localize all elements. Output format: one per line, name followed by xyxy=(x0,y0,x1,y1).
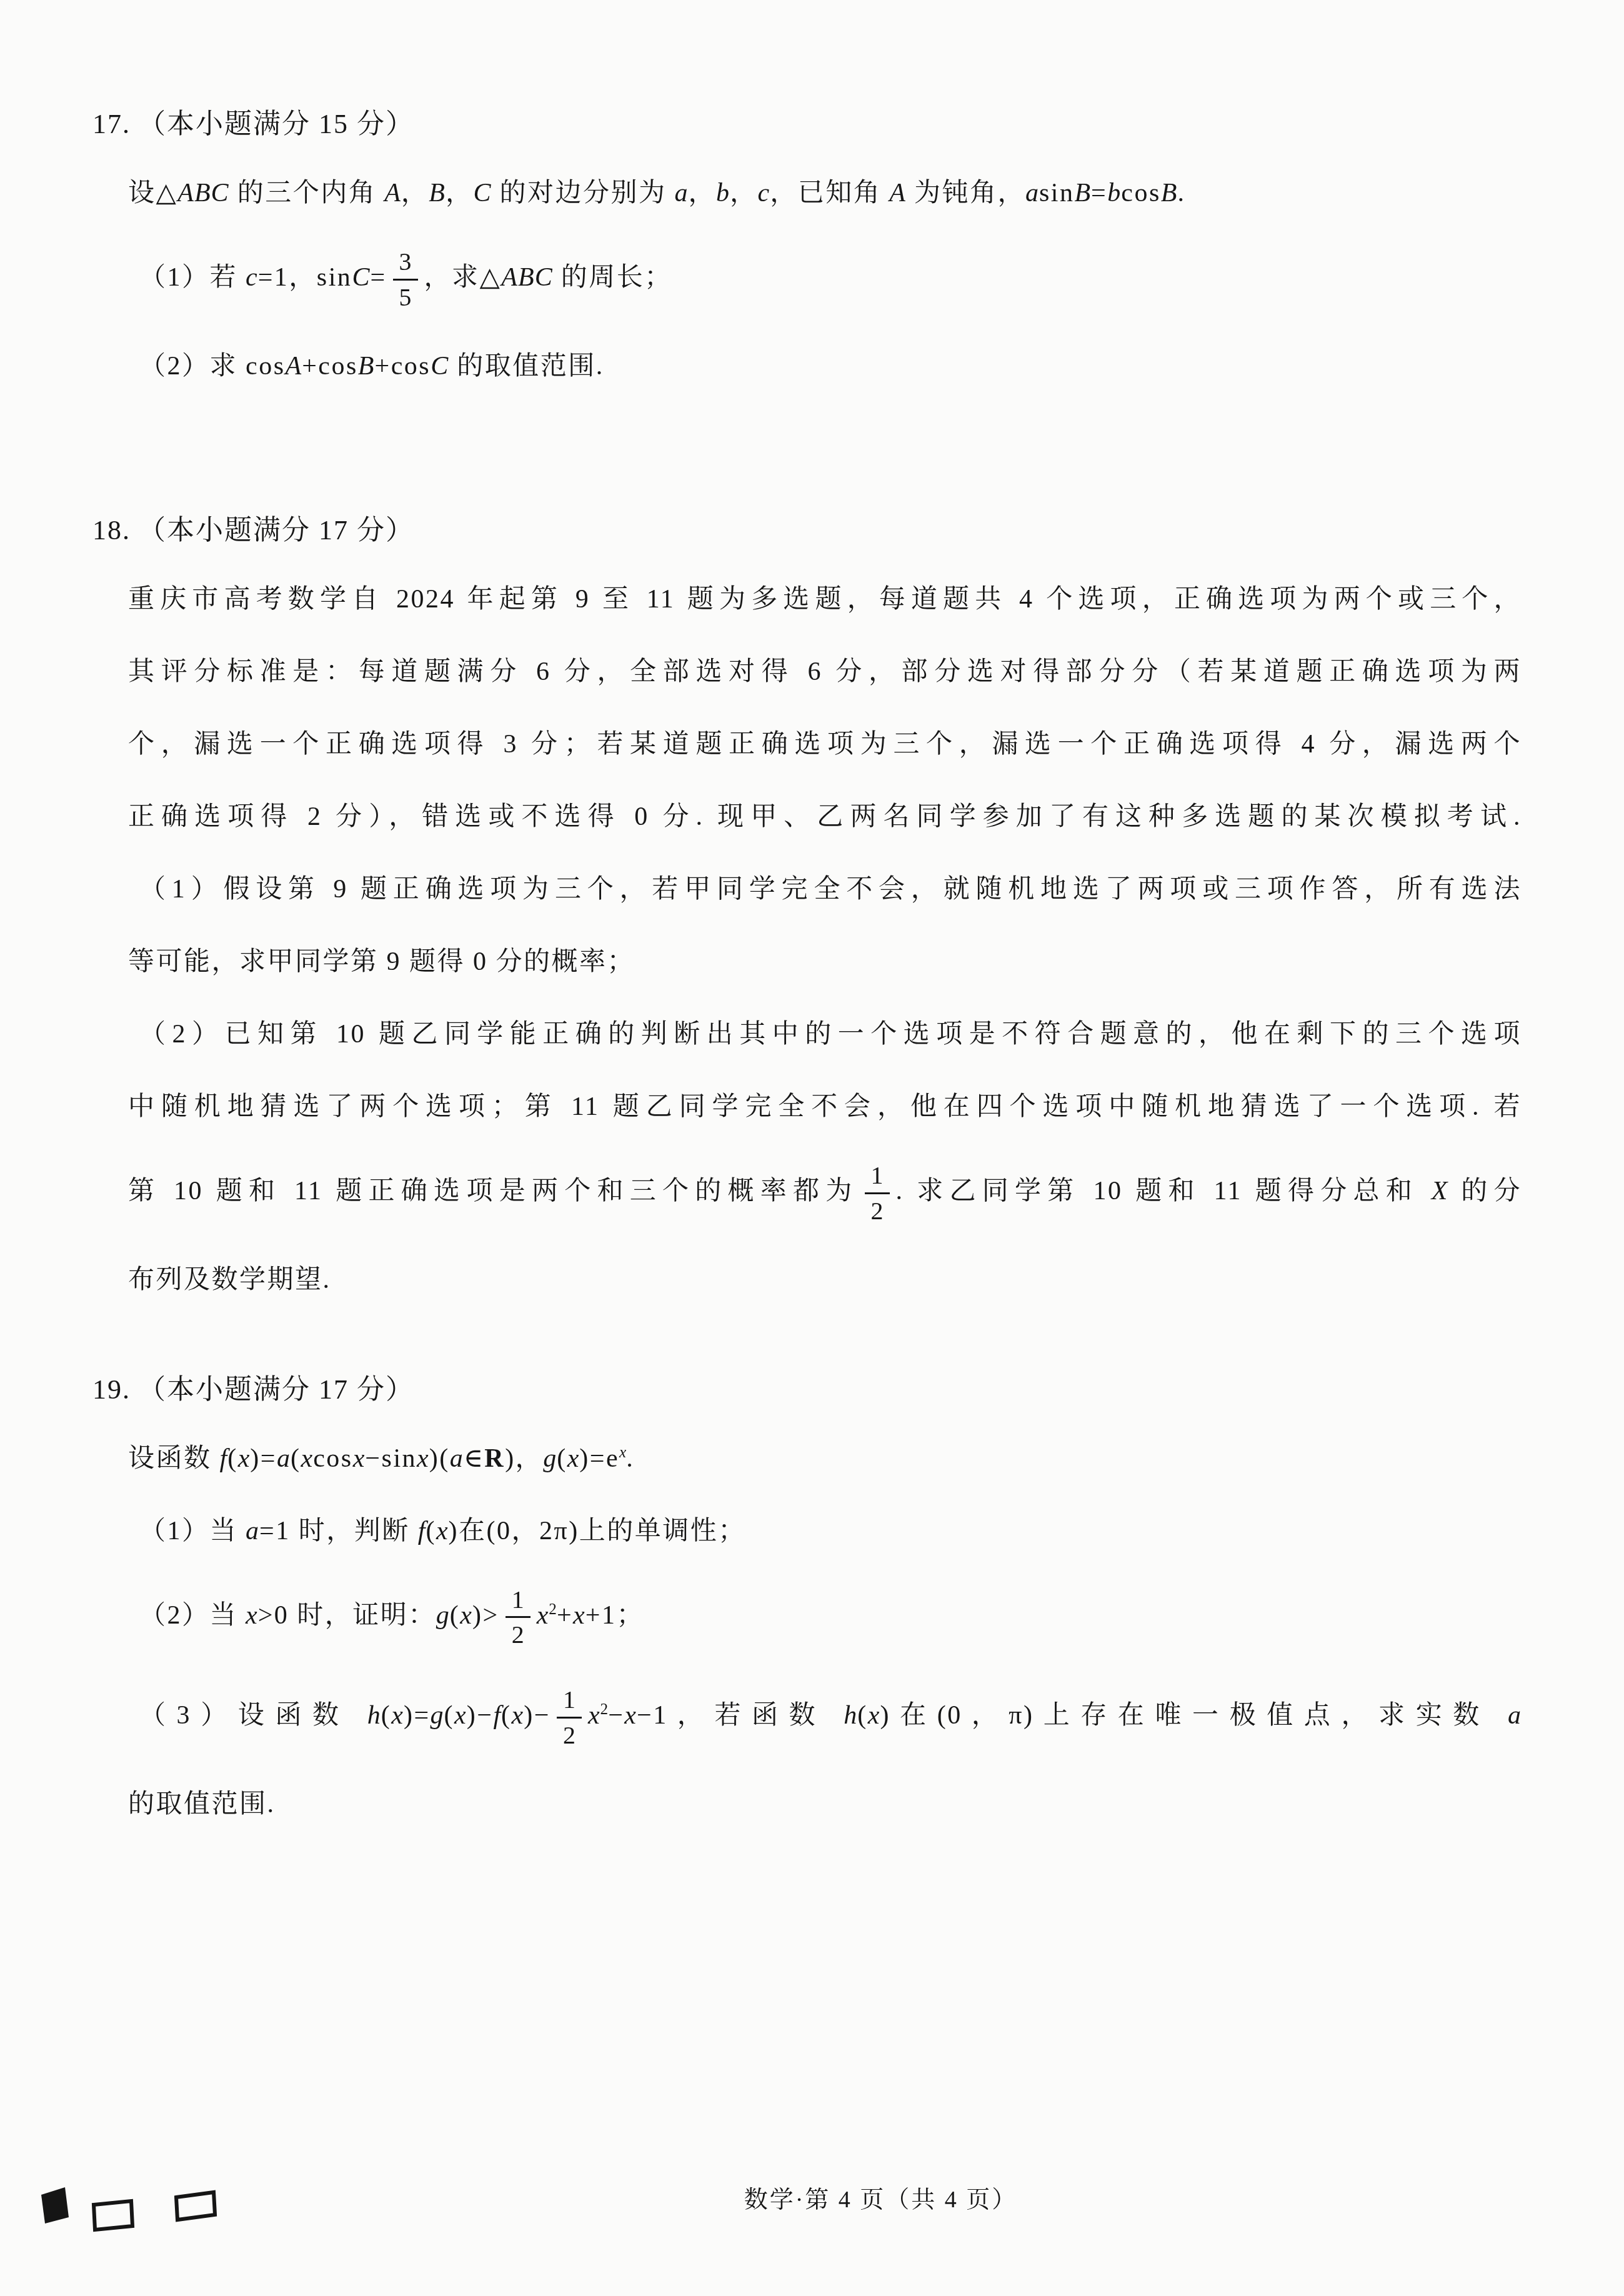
text-run: ， xyxy=(446,179,474,207)
math-var: ABC xyxy=(177,179,229,207)
text-run: 布列及数学期望. xyxy=(128,1265,331,1294)
problem-18-header: 18.（本小题满分 17 分） xyxy=(92,512,1522,549)
superscript: 2 xyxy=(600,1701,609,1718)
text-run: 重庆市高考数学自 2024 年起第 9 至 11 题为多选题，每道题共 4 个选… xyxy=(128,585,1522,614)
text-run: . xyxy=(626,1444,634,1473)
text-run: )=e xyxy=(579,1444,619,1473)
text-run: （1）若 xyxy=(139,263,246,292)
text-run: −sin xyxy=(365,1444,417,1473)
math-var: A xyxy=(384,179,401,207)
text-run: + xyxy=(557,1601,573,1630)
text-run: )( xyxy=(429,1444,450,1473)
text-run: ，已知角 xyxy=(770,179,889,207)
text-line: 中随机地猜选了两个选项；第 11 题乙同学完全不会，他在四个选项中随机地猜选了一… xyxy=(128,1089,1522,1125)
text-run: >0 时，证明： xyxy=(258,1601,436,1630)
problem-17-header: 17.（本小题满分 15 分） xyxy=(92,106,1522,142)
text-run: ( xyxy=(426,1517,436,1545)
text-run: ( xyxy=(444,1701,455,1730)
text-run: ， xyxy=(730,179,758,207)
math-var: X xyxy=(1432,1177,1448,1205)
math-var: g xyxy=(543,1444,557,1473)
math-var: C xyxy=(431,352,449,381)
page-footer-label: 数学·第 4 页（共 4 页） xyxy=(137,2180,1624,2214)
text-run: 第 10 题和 11 题正确选项是两个和三个的概率都为 xyxy=(128,1177,859,1205)
math-var: A xyxy=(889,179,906,207)
fraction-denominator: 2 xyxy=(506,1618,531,1649)
text-line: （1）当 a=1 时，判断 f(x)在(0，2π)上的单调性； xyxy=(139,1513,1522,1549)
math-var: f xyxy=(493,1701,501,1730)
math-var: f xyxy=(418,1517,426,1545)
text-run: 的取值范围. xyxy=(128,1790,276,1819)
text-run: ( xyxy=(857,1701,868,1730)
text-run: 的取值范围. xyxy=(449,352,604,381)
text-run: 正确选项得 2 分），错选或不选得 0 分. 现甲、乙两名同学参加了有这种多选题… xyxy=(128,802,1522,831)
text-line: 设函数 f(x)=a(xcosx−sinx)(a∈R)，g(x)=ex. xyxy=(128,1440,1522,1477)
problem-17-body: 设△ABC 的三个内角 A，B，C 的对边分别为 a，b，c，已知角 A 为钝角… xyxy=(128,175,1522,384)
fraction-denominator: 5 xyxy=(393,281,418,312)
solid-quad-mark xyxy=(41,2187,69,2224)
exam-page: 17.（本小题满分 15 分） 设△ABC 的三个内角 A，B，C 的对边分别为… xyxy=(0,0,1624,2296)
fraction: 12 xyxy=(865,1161,890,1225)
text-run: ( xyxy=(381,1701,392,1730)
text-run: )在(0，2π)上的单调性； xyxy=(449,1517,746,1545)
text-run: cos xyxy=(313,1444,353,1473)
text-run: . 求乙同学第 10 题和 11 题得分总和 xyxy=(896,1177,1432,1205)
math-var: c xyxy=(758,179,770,207)
math-var: x xyxy=(537,1601,549,1630)
math-var: a xyxy=(246,1517,259,1545)
fraction: 35 xyxy=(393,247,418,312)
text-line: 等可能，求甲同学第 9 题得 0 分的概率； xyxy=(128,944,1522,980)
math-var: x xyxy=(417,1444,429,1473)
math-var: x xyxy=(588,1701,600,1730)
fraction: 12 xyxy=(557,1685,582,1750)
problem-score-note: （本小题满分 17 分） xyxy=(138,515,414,546)
problem-score-note: （本小题满分 17 分） xyxy=(138,1374,414,1405)
text-run: +cos xyxy=(375,352,431,381)
math-var: x xyxy=(391,1701,404,1730)
problem-17: 17.（本小题满分 15 分） 设△ABC 的三个内角 A，B，C 的对边分别为… xyxy=(128,106,1522,384)
text-run: ( xyxy=(227,1444,238,1473)
text-run: （1）当 xyxy=(139,1517,246,1545)
math-var: a xyxy=(675,179,689,207)
text-run: 其评分标准是：每道题满分 6 分，全部选对得 6 分，部分选对得部分分（若某道题… xyxy=(128,657,1522,686)
text-line: （1）若 c=1，sinC=35，求△ABC 的周长； xyxy=(139,247,1522,312)
problem-18: 18.（本小题满分 17 分） 重庆市高考数学自 2024 年起第 9 至 11… xyxy=(128,512,1522,1298)
problem-number: 18. xyxy=(92,515,131,546)
text-run: )= xyxy=(250,1444,277,1473)
math-bold-set: R xyxy=(484,1444,505,1473)
text-line: 设△ABC 的三个内角 A，B，C 的对边分别为 a，b，c，已知角 A 为钝角… xyxy=(128,175,1522,211)
math-var: B xyxy=(429,179,446,207)
math-var: A xyxy=(286,352,302,381)
problem-19-header: 19.（本小题满分 17 分） xyxy=(92,1372,1522,1408)
math-var: x xyxy=(353,1444,366,1473)
math-var: x xyxy=(573,1601,585,1630)
math-var: x xyxy=(868,1701,880,1730)
text-run: cos xyxy=(1121,179,1161,207)
text-run: 的对边分别为 xyxy=(492,179,675,207)
math-var: C xyxy=(474,179,492,207)
problem-19-body: 设函数 f(x)=a(xcosx−sinx)(a∈R)，g(x)=ex.（1）当… xyxy=(128,1440,1522,1823)
text-run: )− xyxy=(524,1701,550,1730)
problem-18-body: 重庆市高考数学自 2024 年起第 9 至 11 题为多选题，每道题共 4 个选… xyxy=(128,581,1522,1298)
text-run: )− xyxy=(467,1701,494,1730)
text-run: 为钝角， xyxy=(906,179,1025,207)
text-run: （2）当 xyxy=(139,1601,246,1630)
fraction-denominator: 2 xyxy=(557,1719,582,1750)
superscript: 2 xyxy=(549,1601,557,1618)
text-line: 其评分标准是：每道题满分 6 分，全部选对得 6 分，部分选对得部分分（若某道题… xyxy=(128,654,1522,690)
problem-19: 19.（本小题满分 17 分） 设函数 f(x)=a(xcosx−sinx)(a… xyxy=(128,1372,1522,1823)
text-run: )在(0，π)上存在唯一极值点，求实数 xyxy=(880,1701,1508,1730)
math-var: a xyxy=(450,1444,464,1473)
text-run: 的三个内角 xyxy=(229,179,385,207)
math-var: a xyxy=(277,1444,291,1473)
math-var: h xyxy=(367,1701,381,1730)
text-run: ， xyxy=(689,179,717,207)
text-run: ， xyxy=(401,179,429,207)
text-run: ( xyxy=(450,1601,461,1630)
math-var: h xyxy=(844,1701,857,1730)
text-run: sin xyxy=(1039,179,1075,207)
math-var: x xyxy=(567,1444,580,1473)
math-var: x xyxy=(436,1517,449,1545)
text-run: （2）已知第 10 题乙同学能正确的判断出其中的一个选项是不符合题意的，他在剩下… xyxy=(139,1020,1522,1049)
text-run: )= xyxy=(404,1701,431,1730)
text-run: ( xyxy=(557,1444,567,1473)
text-run: 等可能，求甲同学第 9 题得 0 分的概率； xyxy=(128,947,635,976)
text-run: ( xyxy=(291,1444,301,1473)
fraction: 12 xyxy=(506,1585,531,1650)
text-run: +cos xyxy=(302,352,358,381)
text-line: （2）已知第 10 题乙同学能正确的判断出其中的一个选项是不符合题意的，他在剩下… xyxy=(139,1016,1522,1052)
problem-number: 17. xyxy=(92,109,131,139)
text-line: 重庆市高考数学自 2024 年起第 9 至 11 题为多选题，每道题共 4 个选… xyxy=(128,581,1522,617)
problem-number: 19. xyxy=(92,1374,131,1405)
text-run: =1，sin xyxy=(258,263,352,292)
math-var: x xyxy=(246,1601,258,1630)
math-var: a xyxy=(1508,1701,1522,1730)
text-run: （2）求 cos xyxy=(139,352,286,381)
fraction-numerator: 1 xyxy=(865,1161,890,1194)
math-var: C xyxy=(352,263,370,292)
text-line: 个，漏选一个正确选项得 3 分；若某道题正确选项为三个，漏选一个正确选项得 4 … xyxy=(128,726,1522,762)
text-run: ∈ xyxy=(464,1444,485,1473)
text-run: −1，若函数 xyxy=(637,1701,844,1730)
fraction-numerator: 3 xyxy=(393,247,418,281)
square-outline-mark xyxy=(94,2201,132,2230)
text-line: （2）当 x>0 时，证明：g(x)>12x2+x+1； xyxy=(139,1585,1522,1650)
math-var: x xyxy=(624,1701,637,1730)
text-line: （3）设函数 h(x)=g(x)−f(x)−12x2−x−1，若函数 h(x)在… xyxy=(139,1685,1522,1750)
text-run: . xyxy=(1177,179,1185,207)
text-run: 的周长； xyxy=(553,263,672,292)
text-run: − xyxy=(608,1701,624,1730)
text-line: 第 10 题和 11 题正确选项是两个和三个的概率都为12. 求乙同学第 10 … xyxy=(128,1161,1522,1225)
text-run: = xyxy=(370,263,386,292)
math-var: b xyxy=(1107,179,1121,207)
text-line: （2）求 cosA+cosB+cosC 的取值范围. xyxy=(139,348,1522,384)
text-run: 个，漏选一个正确选项得 3 分；若某道题正确选项为三个，漏选一个正确选项得 4 … xyxy=(128,730,1522,759)
math-var: B xyxy=(1161,179,1178,207)
problem-score-note: （本小题满分 15 分） xyxy=(138,109,414,139)
text-line: 的取值范围. xyxy=(128,1786,1522,1822)
text-run: ( xyxy=(501,1701,512,1730)
superscript: x xyxy=(619,1444,626,1461)
fraction-numerator: 1 xyxy=(557,1685,582,1719)
math-var: x xyxy=(301,1444,314,1473)
text-run: （3）设函数 xyxy=(139,1701,367,1730)
math-var: a xyxy=(1025,179,1039,207)
text-run: = xyxy=(1091,179,1107,207)
math-var: c xyxy=(246,263,258,292)
text-run: )> xyxy=(472,1601,499,1630)
text-run: =1 时，判断 xyxy=(259,1517,418,1545)
text-run: ，求△ xyxy=(424,263,502,292)
math-var: B xyxy=(1074,179,1091,207)
math-var: b xyxy=(716,179,730,207)
fraction-denominator: 2 xyxy=(865,1194,890,1225)
math-var: g xyxy=(436,1601,450,1630)
text-run: 设△ xyxy=(128,179,177,207)
fraction-numerator: 1 xyxy=(506,1585,531,1619)
text-run: +1； xyxy=(585,1601,644,1630)
text-line: 布列及数学期望. xyxy=(128,1262,1522,1298)
math-var: f xyxy=(220,1444,228,1473)
text-run: 设函数 xyxy=(128,1444,220,1473)
math-var: g xyxy=(431,1701,444,1730)
text-line: 正确选项得 2 分），错选或不选得 0 分. 现甲、乙两名同学参加了有这种多选题… xyxy=(128,799,1522,835)
math-var: x xyxy=(512,1701,524,1730)
math-var: x xyxy=(460,1601,472,1630)
text-run: （1）假设第 9 题正确选项为三个，若甲同学完全不会，就随机地选了两项或三项作答… xyxy=(139,875,1522,904)
math-var: x xyxy=(454,1701,467,1730)
math-var: x xyxy=(238,1444,251,1473)
text-line: （1）假设第 9 题正确选项为三个，若甲同学完全不会，就随机地选了两项或三项作答… xyxy=(139,871,1522,907)
math-var: ABC xyxy=(501,263,552,292)
text-run: 中随机地猜选了两个选项；第 11 题乙同学完全不会，他在四个选项中随机地猜选了一… xyxy=(128,1092,1522,1121)
text-run: 的分 xyxy=(1448,1177,1522,1205)
math-var: B xyxy=(358,352,375,381)
text-run: )， xyxy=(505,1444,543,1473)
